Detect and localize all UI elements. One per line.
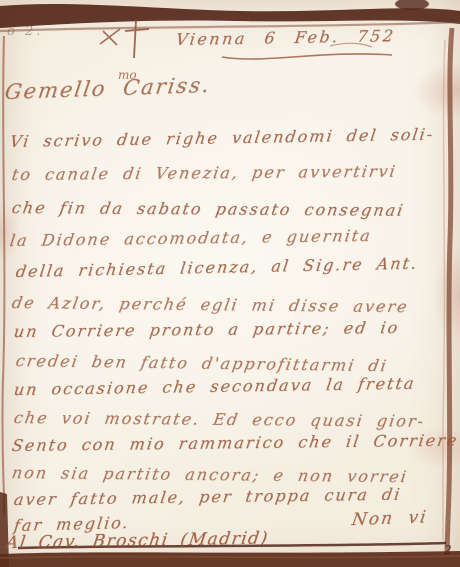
letter-line: credei ben fatto d'approfittarmi di [14,351,389,375]
left-edge-line [2,36,4,516]
catchword: Non vi [351,507,429,530]
cross-icon [125,20,149,58]
page-corner-mark: 2 [444,543,452,557]
letter-line: to canale di Venezia, per avvertirvi [11,162,399,184]
check-mark-icon [100,29,120,45]
letter-line: della richiesta licenza, al Sig.re Ant. [15,254,420,281]
top-edge-band [0,4,460,28]
bottom-edge-band [0,551,460,567]
letter-line: la Didone accomodata, e guernita [9,226,374,250]
top-right-blob [395,0,429,10]
date-underline-flourish [222,54,392,59]
letter-line: che voi mostrate. Ed ecco quasi gior- [12,408,426,431]
letter-line: che fin da sabato passato consegnai [10,198,406,220]
letter-line: aver fatto male, per troppa cura di [13,485,403,509]
right-edge-line [447,28,452,552]
letter-line: un occasione che secondava la fretta [13,374,417,399]
salutation-superscript: mo [118,68,137,82]
salutation: Gemello Cariss. [3,73,212,104]
letter-line: de Azlor, perché egli mi disse avere [10,293,410,316]
letter-page: o 2. Vienna 6 Feb. 752 Gemello Cariss. m… [0,0,460,567]
right-edge-faint [443,40,445,540]
address-annotation: Al Cav. Broschi (Madrid) [5,528,270,553]
bottom-edge-grain [0,556,460,558]
letter-line: Sento con mio rammarico che il Corriere [11,431,460,455]
letter-line: un Corriere pronto a partire; ed io [13,318,401,341]
corner-note: o 2. [7,24,43,39]
letter-line: non sia partito ancora; e non vorrei [10,463,409,486]
letter-line: Vi scrivo due righe valendomi del soli- [9,125,436,151]
left-bottom-corner-blob [0,492,9,567]
dateline: Vienna 6 Feb. 752 [175,26,397,49]
